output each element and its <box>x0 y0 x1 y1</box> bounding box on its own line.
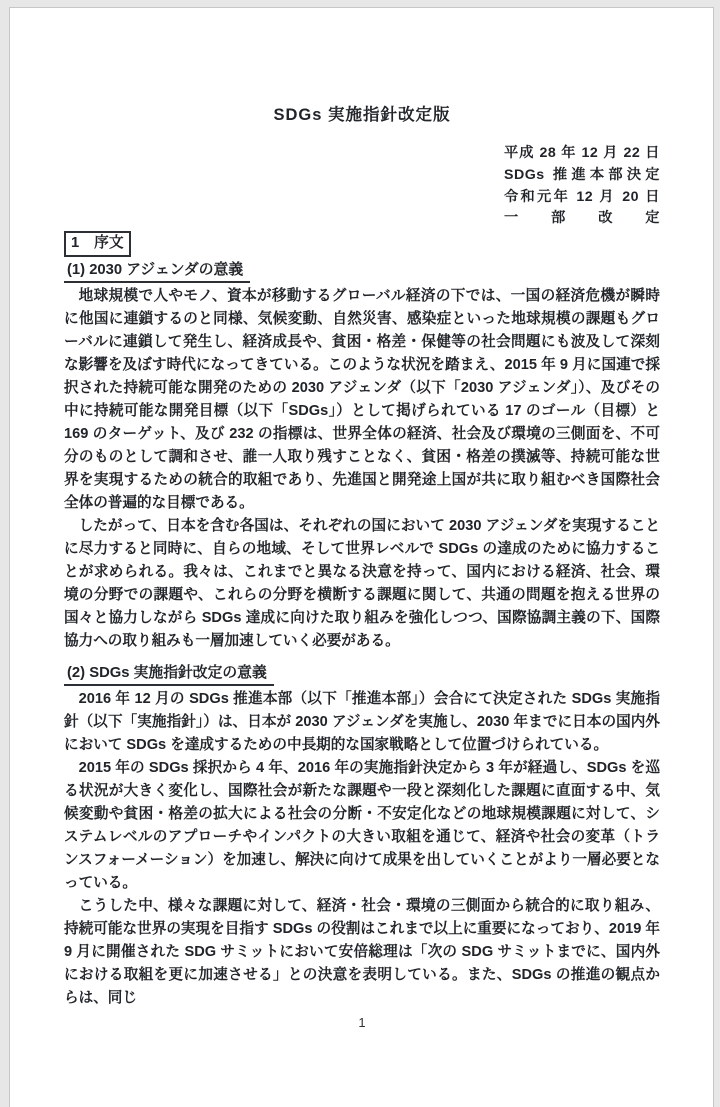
revision-note-line: 一 部 改 定 <box>504 208 660 230</box>
body-paragraph: 2016 年 12 月の SDGs 推進本部（以下「推進本部」）会合にて決定され… <box>64 688 660 757</box>
revision-authority-line: SDGs 推進本部決定 <box>504 165 660 187</box>
document-title: SDGs 実施指針改定版 <box>64 104 660 127</box>
body-paragraph: したがって、日本を含む各国は、それぞれの国において 2030 アジェンダを実現す… <box>64 515 660 653</box>
subsection-1-heading-row: (1) 2030 アジェンダの意義 <box>64 260 660 283</box>
body-paragraph: 地球規模で人やモノ、資本が移動するグローバル経済の下では、一国の経済危機が瞬時に… <box>64 285 660 515</box>
section-heading-box: 1 序文 <box>64 231 131 257</box>
body-paragraph: 2015 年の SDGs 採択から 4 年、2016 年の実施指針決定から 3 … <box>64 757 660 895</box>
revision-date-line-2: 令和元年 12 月 20 日 <box>504 187 660 209</box>
subsection-2-heading-row: (2) SDGs 実施指針改定の意義 <box>64 663 660 686</box>
subsection-2-heading: (2) SDGs 実施指針改定の意義 <box>64 663 274 686</box>
page-number: 1 <box>64 1015 660 1030</box>
revision-date-line-1: 平成 28 年 12 月 22 日 <box>504 143 660 165</box>
body-paragraph: こうした中、様々な課題に対して、経済・社会・環境の三側面から統合的に取り組み、持… <box>64 895 660 1010</box>
document-page: SDGs 実施指針改定版 平成 28 年 12 月 22 日 SDGs 推進本部… <box>9 7 714 1040</box>
subsection-1-heading: (1) 2030 アジェンダの意義 <box>64 260 250 283</box>
revision-block: 平成 28 年 12 月 22 日 SDGs 推進本部決定 令和元年 12 月 … <box>504 143 660 230</box>
section-heading-row: 1 序文 <box>64 231 660 257</box>
